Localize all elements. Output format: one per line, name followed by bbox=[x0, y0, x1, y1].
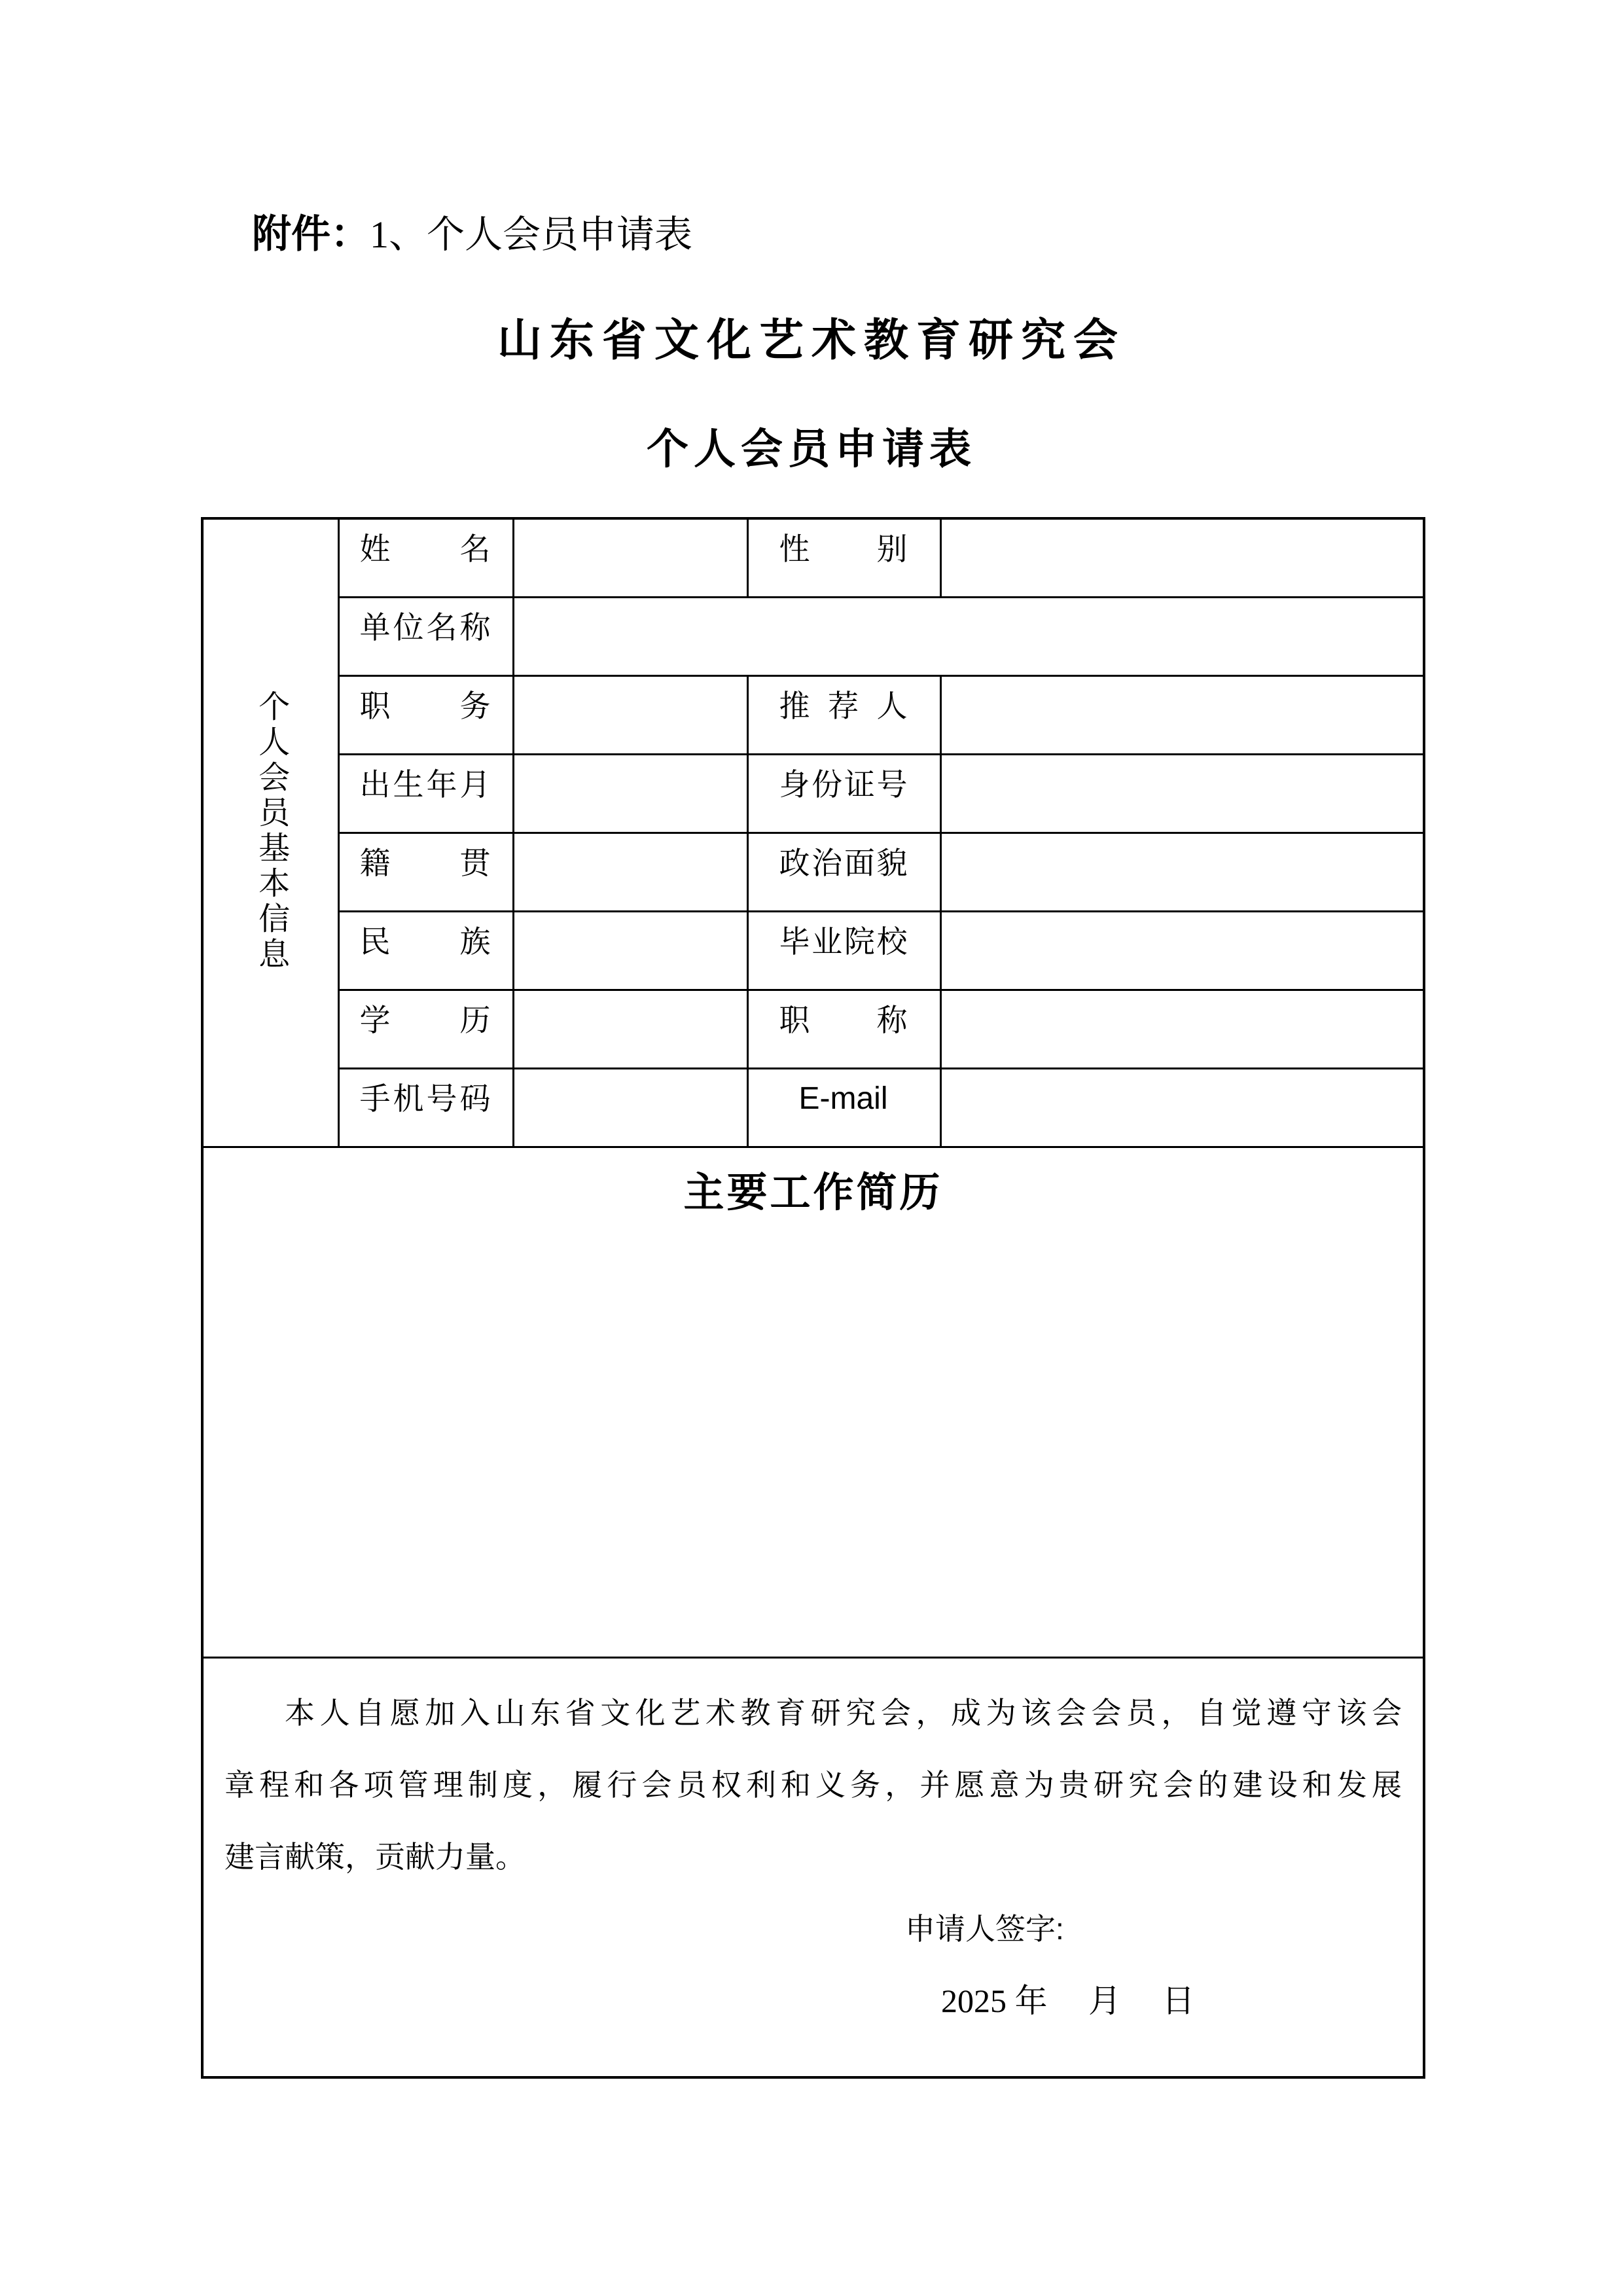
work-unit-value-cell bbox=[513, 597, 1424, 675]
position-value-cell bbox=[513, 675, 747, 754]
graduate-school-value-cell bbox=[940, 911, 1424, 990]
education-value-cell bbox=[513, 990, 747, 1068]
name-value-cell bbox=[513, 518, 747, 597]
table-row: 本人自愿加入山东省文化艺术教育研究会，成为该会会员，自觉遵守该会 章程和各项管理… bbox=[202, 1657, 1424, 2077]
recommender-label-cell: 推荐人 bbox=[747, 675, 940, 754]
declaration-cell: 本人自愿加入山东省文化艺术教育研究会，成为该会会员，自觉遵守该会 章程和各项管理… bbox=[202, 1657, 1424, 2077]
date-line: 2025 年 月 日 bbox=[224, 1965, 1402, 2037]
table-row: 民族 毕业院校 bbox=[202, 911, 1424, 990]
table-row: 主要工作简历 bbox=[202, 1147, 1424, 1657]
table-row: 个人会员基本信息 姓名 性别 bbox=[202, 518, 1424, 597]
education-label-cell: 学历 bbox=[338, 990, 513, 1068]
birth-date-value-cell bbox=[513, 754, 747, 833]
table-row: 手机号码 E-mail bbox=[202, 1068, 1424, 1147]
applicant-signature-label: 申请人签字: bbox=[224, 1893, 1402, 1965]
attachment-line: 附件：1、个人会员申请表 bbox=[252, 211, 692, 259]
document-page: 附件：1、个人会员申请表 山东省文化艺术教育研究会 个人会员申请表 个人会员基本… bbox=[0, 0, 1623, 2296]
mobile-number-label-cell: 手机号码 bbox=[338, 1068, 513, 1147]
native-place-label-cell: 籍贯 bbox=[338, 833, 513, 911]
attachment-label: 附件： bbox=[252, 213, 370, 256]
native-place-value-cell bbox=[513, 833, 747, 911]
table-row: 单位名称 bbox=[202, 597, 1424, 675]
work-resume-cell: 主要工作简历 bbox=[202, 1147, 1424, 1657]
birth-date-label-cell: 出生年月 bbox=[338, 754, 513, 833]
table-row: 学历 职称 bbox=[202, 990, 1424, 1068]
gender-label-cell: 性别 bbox=[747, 518, 940, 597]
email-value-cell bbox=[940, 1068, 1424, 1147]
basic-info-vertical-header-text: 个人会员基本信息 bbox=[253, 690, 288, 973]
declaration-line-3: 建言献策，贡献力量。 bbox=[224, 1821, 1402, 1893]
political-status-label-cell: 政治面貌 bbox=[747, 833, 940, 911]
email-label-cell: E-mail bbox=[747, 1068, 940, 1147]
id-number-value-cell bbox=[940, 754, 1424, 833]
application-form-table: 个人会员基本信息 姓名 性别 单位名称 职务 推荐人 bbox=[201, 517, 1425, 2079]
gender-value-cell bbox=[940, 518, 1424, 597]
declaration-line-1: 本人自愿加入山东省文化艺术教育研究会，成为该会会员，自觉遵守该会 bbox=[224, 1677, 1402, 1749]
ethnicity-value-cell bbox=[513, 911, 747, 990]
table-row: 出生年月 身份证号 bbox=[202, 754, 1424, 833]
basic-info-vertical-header: 个人会员基本信息 bbox=[202, 518, 338, 1147]
work-unit-label-cell: 单位名称 bbox=[338, 597, 513, 675]
professional-title-label-cell: 职称 bbox=[747, 990, 940, 1068]
political-status-value-cell bbox=[940, 833, 1424, 911]
id-number-label-cell: 身份证号 bbox=[747, 754, 940, 833]
work-resume-section-title: 主要工作简历 bbox=[204, 1149, 1422, 1218]
recommender-value-cell bbox=[940, 675, 1424, 754]
form-title: 个人会员申请表 bbox=[0, 425, 1623, 473]
table-row: 职务 推荐人 bbox=[202, 675, 1424, 754]
ethnicity-label-cell: 民族 bbox=[338, 911, 513, 990]
declaration-line-2: 章程和各项管理制度，履行会员权利和义务，并愿意为贵研究会的建设和发展 bbox=[224, 1749, 1402, 1821]
position-label-cell: 职务 bbox=[338, 675, 513, 754]
table-row: 籍贯 政治面貌 bbox=[202, 833, 1424, 911]
graduate-school-label-cell: 毕业院校 bbox=[747, 911, 940, 990]
mobile-number-value-cell bbox=[513, 1068, 747, 1147]
name-label-cell: 姓名 bbox=[338, 518, 513, 597]
organization-title: 山东省文化艺术教育研究会 bbox=[0, 315, 1623, 365]
attachment-item-title: 1、个人会员申请表 bbox=[370, 213, 692, 256]
professional-title-value-cell bbox=[940, 990, 1424, 1068]
